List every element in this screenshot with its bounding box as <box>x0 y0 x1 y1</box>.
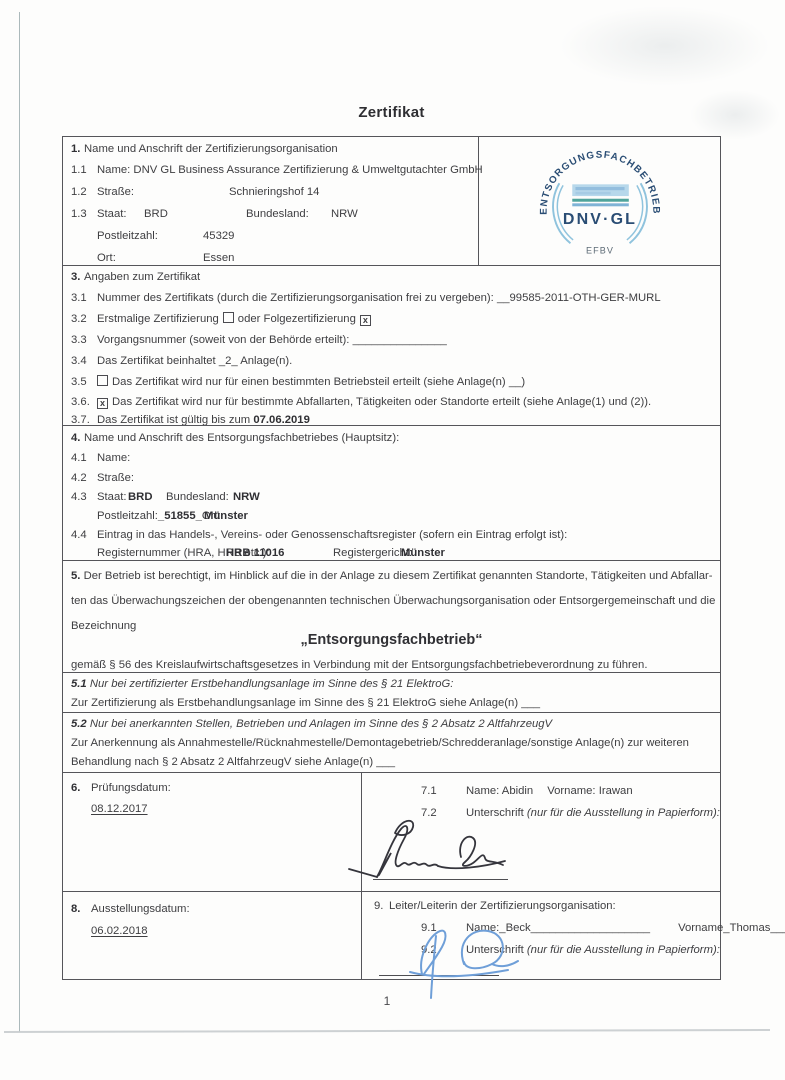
auditor-signature <box>343 815 513 879</box>
item-number: 4.3 <box>71 490 87 504</box>
section-title: Name und Anschrift des Entsorgungsfachbe… <box>84 431 399 445</box>
cell-divider <box>361 892 362 979</box>
paragraph-text: Zur Zertifizierung als Erstbehandlungsan… <box>71 696 540 710</box>
abfallarten: xDas Zertifikat wird nur für bestimmte A… <box>97 395 651 409</box>
field-label: Das Zertifikat wird nur für einen bestim… <box>112 376 525 388</box>
scanned-certificate-page: Zertifikat 1. Name und Anschrift der Zer… <box>0 0 785 1080</box>
field-value: DNV GL Business Assurance Zertifizierung… <box>133 164 482 176</box>
heading: 5.2 Nur bei anerkannten Stellen, Betrieb… <box>71 717 552 731</box>
issue-date: 06.02.2018 <box>91 924 148 938</box>
section-4: 4. Name und Anschrift des Entsorgungsfac… <box>62 425 721 561</box>
item-number: 1.1 <box>71 163 87 177</box>
checkbox-checked: x <box>360 315 371 326</box>
item-number: 3.4 <box>71 354 87 368</box>
section-number: 9. <box>374 899 383 913</box>
seal-blue-line <box>572 203 629 206</box>
section-1: 1. Name und Anschrift der Zertifizierung… <box>62 136 721 266</box>
field-label: Vorgangsnummer (soweit von der Behörde e… <box>97 334 349 346</box>
leader-signature <box>408 922 538 1000</box>
page-title: Zertifikat <box>62 104 721 121</box>
field-label: Straße: <box>97 471 134 485</box>
checkbox-unchecked <box>223 312 234 323</box>
page-number: 1 <box>62 994 712 1008</box>
betriebsteil: Das Zertifikat wird nur für einen bestim… <box>97 375 525 389</box>
field-value: HRB 11016 <box>226 546 284 560</box>
section-number: 5.1 <box>71 678 87 690</box>
designation-quote: „Entsorgungsfachbetrieb“ <box>300 632 482 648</box>
seal-teal-line <box>572 199 629 202</box>
field-label: Postleitzahl: <box>97 510 158 522</box>
item-number: 1.2 <box>71 185 87 199</box>
checkbox-mark: x <box>100 398 105 408</box>
field-value: NRW <box>331 207 358 221</box>
field-label: Das Zertifikat beinhaltet <box>97 355 216 367</box>
section-6-7: 6. Prüfungsdatum: 08.12.2017 7.1 Name: A… <box>62 772 721 892</box>
section-title: Angaben zum Zertifikat <box>84 270 200 284</box>
audit-date: 08.12.2017 <box>91 802 148 816</box>
field-note: (nur für die Ausstellung in Papierform): <box>527 807 720 819</box>
field-label: Erstmalige Zertifizierung <box>97 313 219 325</box>
scan-edge-left <box>19 12 20 1032</box>
item-number: 3.1 <box>71 291 87 305</box>
paragraph-text: Der Betrieb ist berechtigt, im Hinblick … <box>84 570 713 582</box>
auditor-name: Name: AbidinVorname: Irawan <box>466 784 633 798</box>
field-label: Vorname <box>678 922 723 934</box>
field-label: Name: <box>97 164 130 176</box>
field-label: Name: <box>466 785 499 797</box>
seal-sub-text: EFBV <box>586 246 614 256</box>
heading: 5.1 Nur bei zertifizierter Erstbehandlun… <box>71 677 453 691</box>
field-value: Abidin <box>502 785 533 797</box>
checkbox-checked: x <box>97 398 108 409</box>
paragraph-text: gemäß § 56 des Kreislaufwirtschaftsgeset… <box>71 658 647 672</box>
signature-line <box>373 879 508 880</box>
field-label: Ausstellungsdatum: <box>91 902 190 916</box>
section-number: 5.2 <box>71 718 87 730</box>
field-label: Bundesland: <box>166 490 229 504</box>
seal-brand-text: DNV·GL <box>563 211 637 228</box>
field-value: _Thomas___________________ <box>723 922 785 934</box>
item-number: 3.5 <box>71 375 87 389</box>
section-number: 4. <box>71 431 80 445</box>
designation-quote-row: „Entsorgungsfachbetrieb“ <box>63 633 720 648</box>
blank-line: _______________ <box>353 334 447 346</box>
field-value: 45329 <box>203 229 234 243</box>
field-label: Vorname: <box>547 785 595 797</box>
field-label: Staat: <box>97 207 127 221</box>
paragraph-text: Zur Anerkennung als Annahmestelle/Rückna… <box>71 736 689 750</box>
item-number: 4.4 <box>71 528 87 542</box>
dnv-gl-efb-seal: ENTSORGUNGSFACHBETRIEB DNV·GL EFBV <box>525 147 675 259</box>
process-number: Vorgangsnummer (soweit von der Behörde e… <box>97 333 447 347</box>
cert-number: Nummer des Zertifikats (durch die Zertif… <box>97 291 661 305</box>
item-number: 4.2 <box>71 471 87 485</box>
field-label: Nummer des Zertifikats (durch die Zertif… <box>97 292 494 304</box>
field-value: Irawan <box>599 785 633 797</box>
field-value: Essen <box>203 251 234 265</box>
section-title: Nur bei zertifizierter Erstbehandlungsan… <box>90 678 454 690</box>
field-label: Staat: <box>97 490 127 504</box>
section-5-1: 5.1 Nur bei zertifizierter Erstbehandlun… <box>62 672 721 713</box>
section-number: 6. <box>71 781 80 795</box>
field-value: __99585-2011-OTH-GER-MURL <box>497 292 661 304</box>
paragraph-text: Behandlung nach § 2 Absatz 2 Altfahrzeug… <box>71 755 395 769</box>
field-value: NRW <box>233 490 260 504</box>
cert-type: Erstmalige Zertifizierungoder Folgezerti… <box>97 312 375 326</box>
paragraph: 5. Der Betrieb ist berechtigt, im Hinbli… <box>71 569 713 583</box>
section-number: 1. <box>71 142 80 156</box>
field-label: Anlage(n). <box>240 355 292 367</box>
paragraph-text: ten das Überwachungszeichen der obengena… <box>71 594 715 608</box>
certificate-table: 1. Name und Anschrift der Zertifizierung… <box>62 137 721 980</box>
section-3: 3. Angaben zum Zertifikat 3.1 Nummer des… <box>62 265 721 426</box>
section-title: Leiter/Leiterin der Zertifizierungsorgan… <box>389 899 616 913</box>
field-label: Eintrag in das Handels-, Vereins- oder G… <box>97 528 567 542</box>
checkbox-mark: x <box>363 315 368 325</box>
section-number: 3. <box>71 270 80 284</box>
attachments: Das Zertifikat beinhaltet _2_ Anlage(n). <box>97 354 292 368</box>
field-value: BRD <box>128 490 152 504</box>
section-number: 8. <box>71 902 80 916</box>
scan-edge-bottom <box>4 1029 770 1033</box>
field-value: BRD <box>144 207 168 221</box>
item-number: 1.3 <box>71 207 87 221</box>
field-label: Das Zertifikat wird nur für bestimmte Ab… <box>112 396 651 408</box>
seal-band-text-hint <box>575 187 624 190</box>
section-title: Nur bei anerkannten Stellen, Betrieben u… <box>90 718 552 730</box>
section-8-9: 8. Ausstellungsdatum: 06.02.2018 9. Leit… <box>62 891 721 980</box>
item-number: 3.6. <box>71 395 90 409</box>
field-value: Münster <box>204 509 248 523</box>
item-number: 4.1 <box>71 451 87 465</box>
field-value: _51855_ <box>158 510 202 522</box>
field-label: Name: <box>97 451 130 465</box>
section-title: Name und Anschrift der Zertifizierungsor… <box>84 142 338 156</box>
section-5-2: 5.2 Nur bei anerkannten Stellen, Betrieb… <box>62 712 721 773</box>
field-note: (nur für die Ausstellung in Papierform): <box>527 944 720 956</box>
item-number: 3.3 <box>71 333 87 347</box>
field-value: _2_ <box>219 355 238 367</box>
scan-smudge <box>560 6 770 86</box>
field-label: Postleitzahl: <box>97 229 158 243</box>
checkbox-unchecked <box>97 375 108 386</box>
item-number: 7.1 <box>421 784 437 798</box>
field-label: oder Folgezertifizierung <box>238 313 356 325</box>
business-plz: Postleitzahl:_51855_Ort: <box>97 509 221 523</box>
section-5: 5. Der Betrieb ist berechtigt, im Hinbli… <box>62 560 721 673</box>
field-value: Schnieringshof 14 <box>229 185 319 199</box>
org-name: Name: DNV GL Business Assurance Zertifiz… <box>97 163 483 177</box>
item-number: 3.2 <box>71 312 87 326</box>
cell-divider <box>478 137 479 265</box>
field-label: Ort: <box>97 251 116 265</box>
field-label: Prüfungsdatum: <box>91 781 171 795</box>
section-number: 5. <box>71 570 80 582</box>
field-label: Straße: <box>97 185 134 199</box>
paragraph-text: Bezeichnung <box>71 619 136 633</box>
seal-band-text-hint <box>575 192 610 195</box>
field-value: Münster <box>401 546 445 560</box>
field-label: Bundesland: <box>246 207 309 221</box>
